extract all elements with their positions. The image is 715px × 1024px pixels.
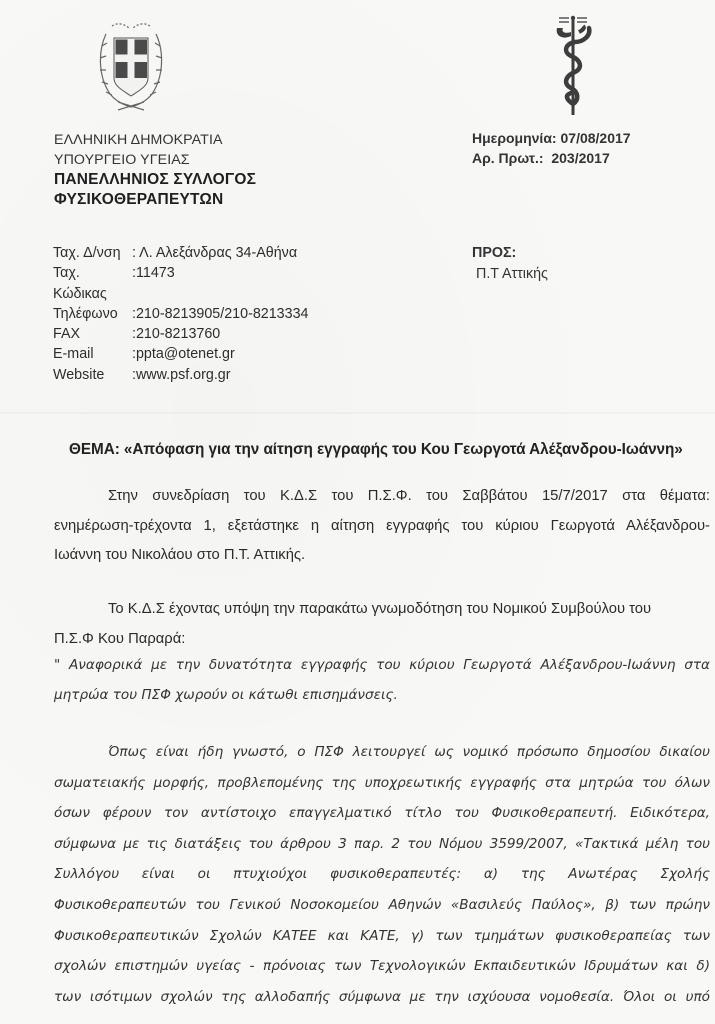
body-line: Συλλόγου είναι οι πτυχιούχοι φυσικοθεραπ… [54,859,710,890]
scanned-letter-page: ΕΛΛΗΝΙΚΗ ΔΗΜΟΚΡΑΤΙΑ ΥΠΟΥΡΓΕΙΟ ΥΓΕΙΑΣ ΠΑΝ… [0,0,715,1024]
contact-value: : Λ. Αλεξάνδρας 34-Αθήνα [132,243,297,263]
protocol-value: 203/2017 [551,150,609,166]
body-line: Φυσικοθεραπευτών του Γενικού Νοσοκομείου… [54,890,710,921]
contact-label: E-mail [53,344,132,364]
quoted-opinion-intro: " Αναφορικά με την δυνατότητα εγγραφής τ… [54,651,710,710]
protocol-row: Αρ. Πρωτ.: 203/2017 [472,149,631,169]
contact-row-postcode: Ταχ. Κώδικας :11473 [53,263,309,304]
body-line: Ιωάννη του Νικολάου στο Π.Τ. Αττικής. [54,541,710,571]
contact-row-phone: Τηλέφωνο :210-8213905/210-8213334 [53,304,309,324]
org-name-line2: ΦΥΣΙΚΟΘΕΡΑΠΕΥΤΩΝ [54,190,256,210]
greek-coat-of-arms-icon [96,16,166,112]
contact-details: Ταχ. Δ/νση : Λ. Αλεξάνδρας 34-Αθήνα Ταχ.… [53,243,309,385]
contact-label: Website [53,365,132,385]
contact-label: Ταχ. Κώδικας [53,263,132,304]
document-meta: Ημερομηνία: 07/08/2017 Αρ. Πρωτ.: 203/20… [472,129,631,168]
org-country: ΕΛΛΗΝΙΚΗ ΔΗΜΟΚΡΑΤΙΑ [54,131,256,151]
contact-value: :11473 [132,263,175,304]
body-line: Όπως είναι ήδη γνωστό, ο ΠΣΦ λειτουργεί … [54,737,710,768]
contact-row-website: Website :www.psf.org.gr [53,365,309,385]
organization-header: ΕΛΛΗΝΙΚΗ ΔΗΜΟΚΡΑΤΙΑ ΥΠΟΥΡΓΕΙΟ ΥΓΕΙΑΣ ΠΑΝ… [54,131,256,209]
body-line: σχολών επιστημών υγείας - πρόνοιας των Τ… [54,951,710,982]
body-line: ενημέρωση-τρέχοντα 1, εξετάστηκε η αίτησ… [54,512,710,542]
recipient-block: ΠΡΟΣ: Π.Τ Αττικής [472,243,548,284]
body-line: μητρώα του ΠΣΦ χωρούν οι κάτωθι επισημάν… [54,681,710,711]
body-line: " Αναφορικά με την δυνατότητα εγγραφής τ… [54,651,710,681]
body-line: σωματειακής μορφής, προβλεπομένης της υπ… [54,768,710,799]
date-value: 07/08/2017 [561,130,631,146]
contact-label: Ταχ. Δ/νση [53,243,132,263]
contact-row-fax: FAX :210-8213760 [53,324,309,344]
org-ministry: ΥΠΟΥΡΓΕΙΟ ΥΓΕΙΑΣ [54,151,256,171]
date-label: Ημερομηνία: [472,130,557,146]
body-line: Στην συνεδρίαση του Κ.Δ.Σ του Π.Σ.Φ. του… [54,482,710,512]
contact-value: :210-8213760 [132,324,220,344]
subject-line: ΘΕΜΑ: «Απόφαση για την αίτηση εγγραφής τ… [69,441,683,459]
contact-row-address: Ταχ. Δ/νση : Λ. Αλεξάνδρας 34-Αθήνα [53,243,309,263]
scan-artifact [0,412,715,414]
contact-value: :210-8213905/210-8213334 [132,304,309,324]
quoted-opinion-body: Όπως είναι ήδη γνωστό, ο ΠΣΦ λειτουργεί … [54,737,710,1012]
contact-value: :www.psf.org.gr [132,365,231,385]
protocol-label: Αρ. Πρωτ.: [472,150,544,166]
contact-label: Τηλέφωνο [53,304,132,324]
date-row: Ημερομηνία: 07/08/2017 [472,129,631,149]
body-line: Π.Σ.Φ Κου Παραρά: [54,625,710,655]
body-line: όσων φέρουν τον αντίστοιχο επαγγελματικό… [54,798,710,829]
contact-row-email: E-mail :ppta@otenet.gr [53,344,309,364]
body-paragraph-2: Το Κ.Δ.Σ έχοντας υπόψη την παρακάτω γνωμ… [54,595,710,654]
rod-of-asclepius-icon [553,12,593,117]
body-line: Φυσικοθεραπευτικών Σχολών ΚΑΤΕΕ και ΚΑΤΕ… [54,921,710,952]
body-line: των ισότιμων σχολών της αλλοδαπής σύμφων… [54,982,710,1013]
org-name-line1: ΠΑΝΕΛΛΗΝΙΟΣ ΣΥΛΛΟΓΟΣ [54,170,256,190]
body-line: σύμφωνα με τις διατάξεις του άρθρου 3 πα… [54,829,710,860]
body-line: Το Κ.Δ.Σ έχοντας υπόψη την παρακάτω γνωμ… [54,595,710,625]
contact-value: :ppta@otenet.gr [132,344,235,364]
contact-label: FAX [53,324,132,344]
body-paragraph-1: Στην συνεδρίαση του Κ.Δ.Σ του Π.Σ.Φ. του… [54,482,710,571]
recipient-label: ΠΡΟΣ: [472,243,548,264]
recipient-value: Π.Τ Αττικής [472,264,548,285]
